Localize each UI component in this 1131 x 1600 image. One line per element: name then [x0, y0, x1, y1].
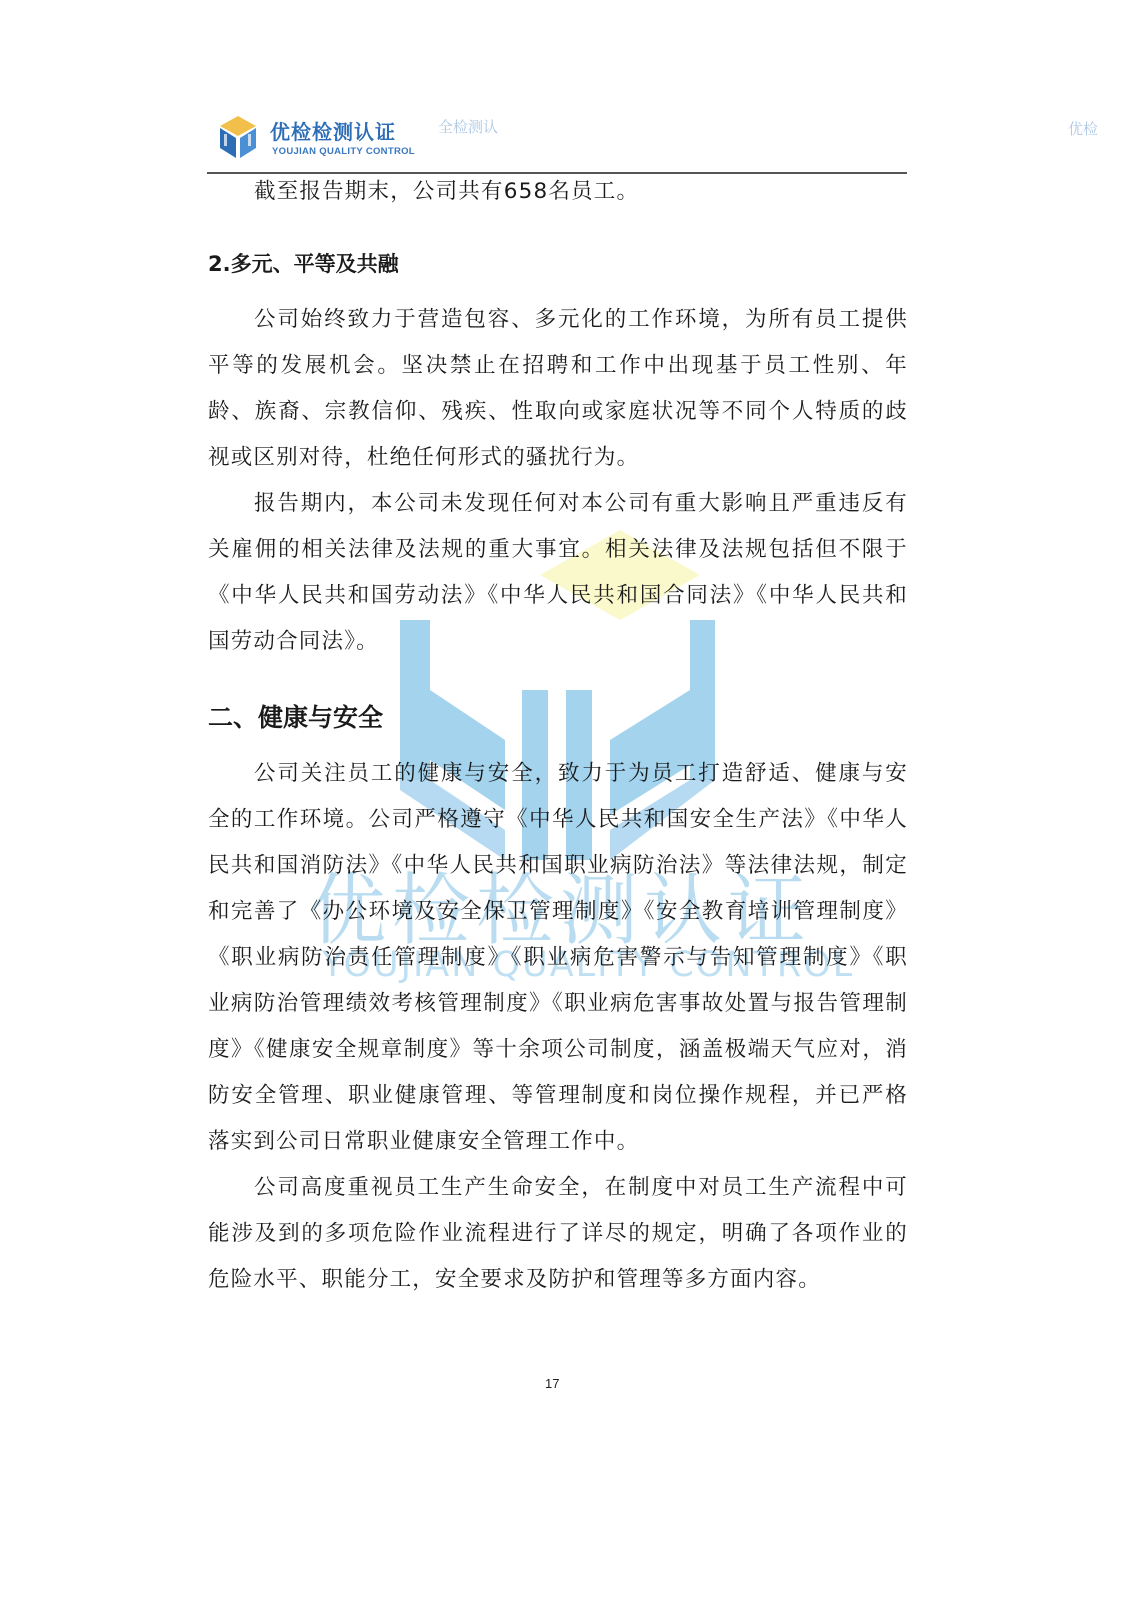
- paragraph-diversity: 公司始终致力于营造包容、多元化的工作环境，为所有员工提供平等的发展机会。坚决禁止…: [208, 297, 908, 481]
- page-number: 17: [545, 1376, 559, 1391]
- header-ghost-text: 全检测认: [438, 116, 498, 137]
- paragraph-compliance: 报告期内，本公司未发现任何对本公司有重大影响且严重违反有关雇佣的相关法律及法规的…: [208, 481, 908, 665]
- brand-name-cn: 优检检测认证: [270, 116, 396, 145]
- paragraph-employee-count: 截至报告期末，公司共有658名员工。: [208, 169, 908, 215]
- section-heading-health-safety: 二、健康与安全: [208, 695, 908, 741]
- document-body: 截至报告期末，公司共有658名员工。 2.多元、平等及共融 公司始终致力于营造包…: [208, 170, 908, 1303]
- header-ghost-text-right: 优检: [1068, 118, 1098, 139]
- brand-name-en: YOUJIAN QUALITY CONTROL: [272, 146, 415, 157]
- page-header: 优检检测认证 YOUJIAN QUALITY CONTROL 全检测认: [212, 108, 912, 170]
- paragraph-hazardous-operations: 公司高度重视员工生产生命安全，在制度中对员工生产流程中可能涉及到的多项危险作业流…: [208, 1165, 908, 1303]
- paragraph-health-safety-policies: 公司关注员工的健康与安全，致力于为员工打造舒适、健康与安全的工作环境。公司严格遵…: [208, 751, 908, 1165]
- company-logo-icon: [212, 110, 264, 162]
- subheading-diversity: 2.多元、平等及共融: [208, 241, 908, 287]
